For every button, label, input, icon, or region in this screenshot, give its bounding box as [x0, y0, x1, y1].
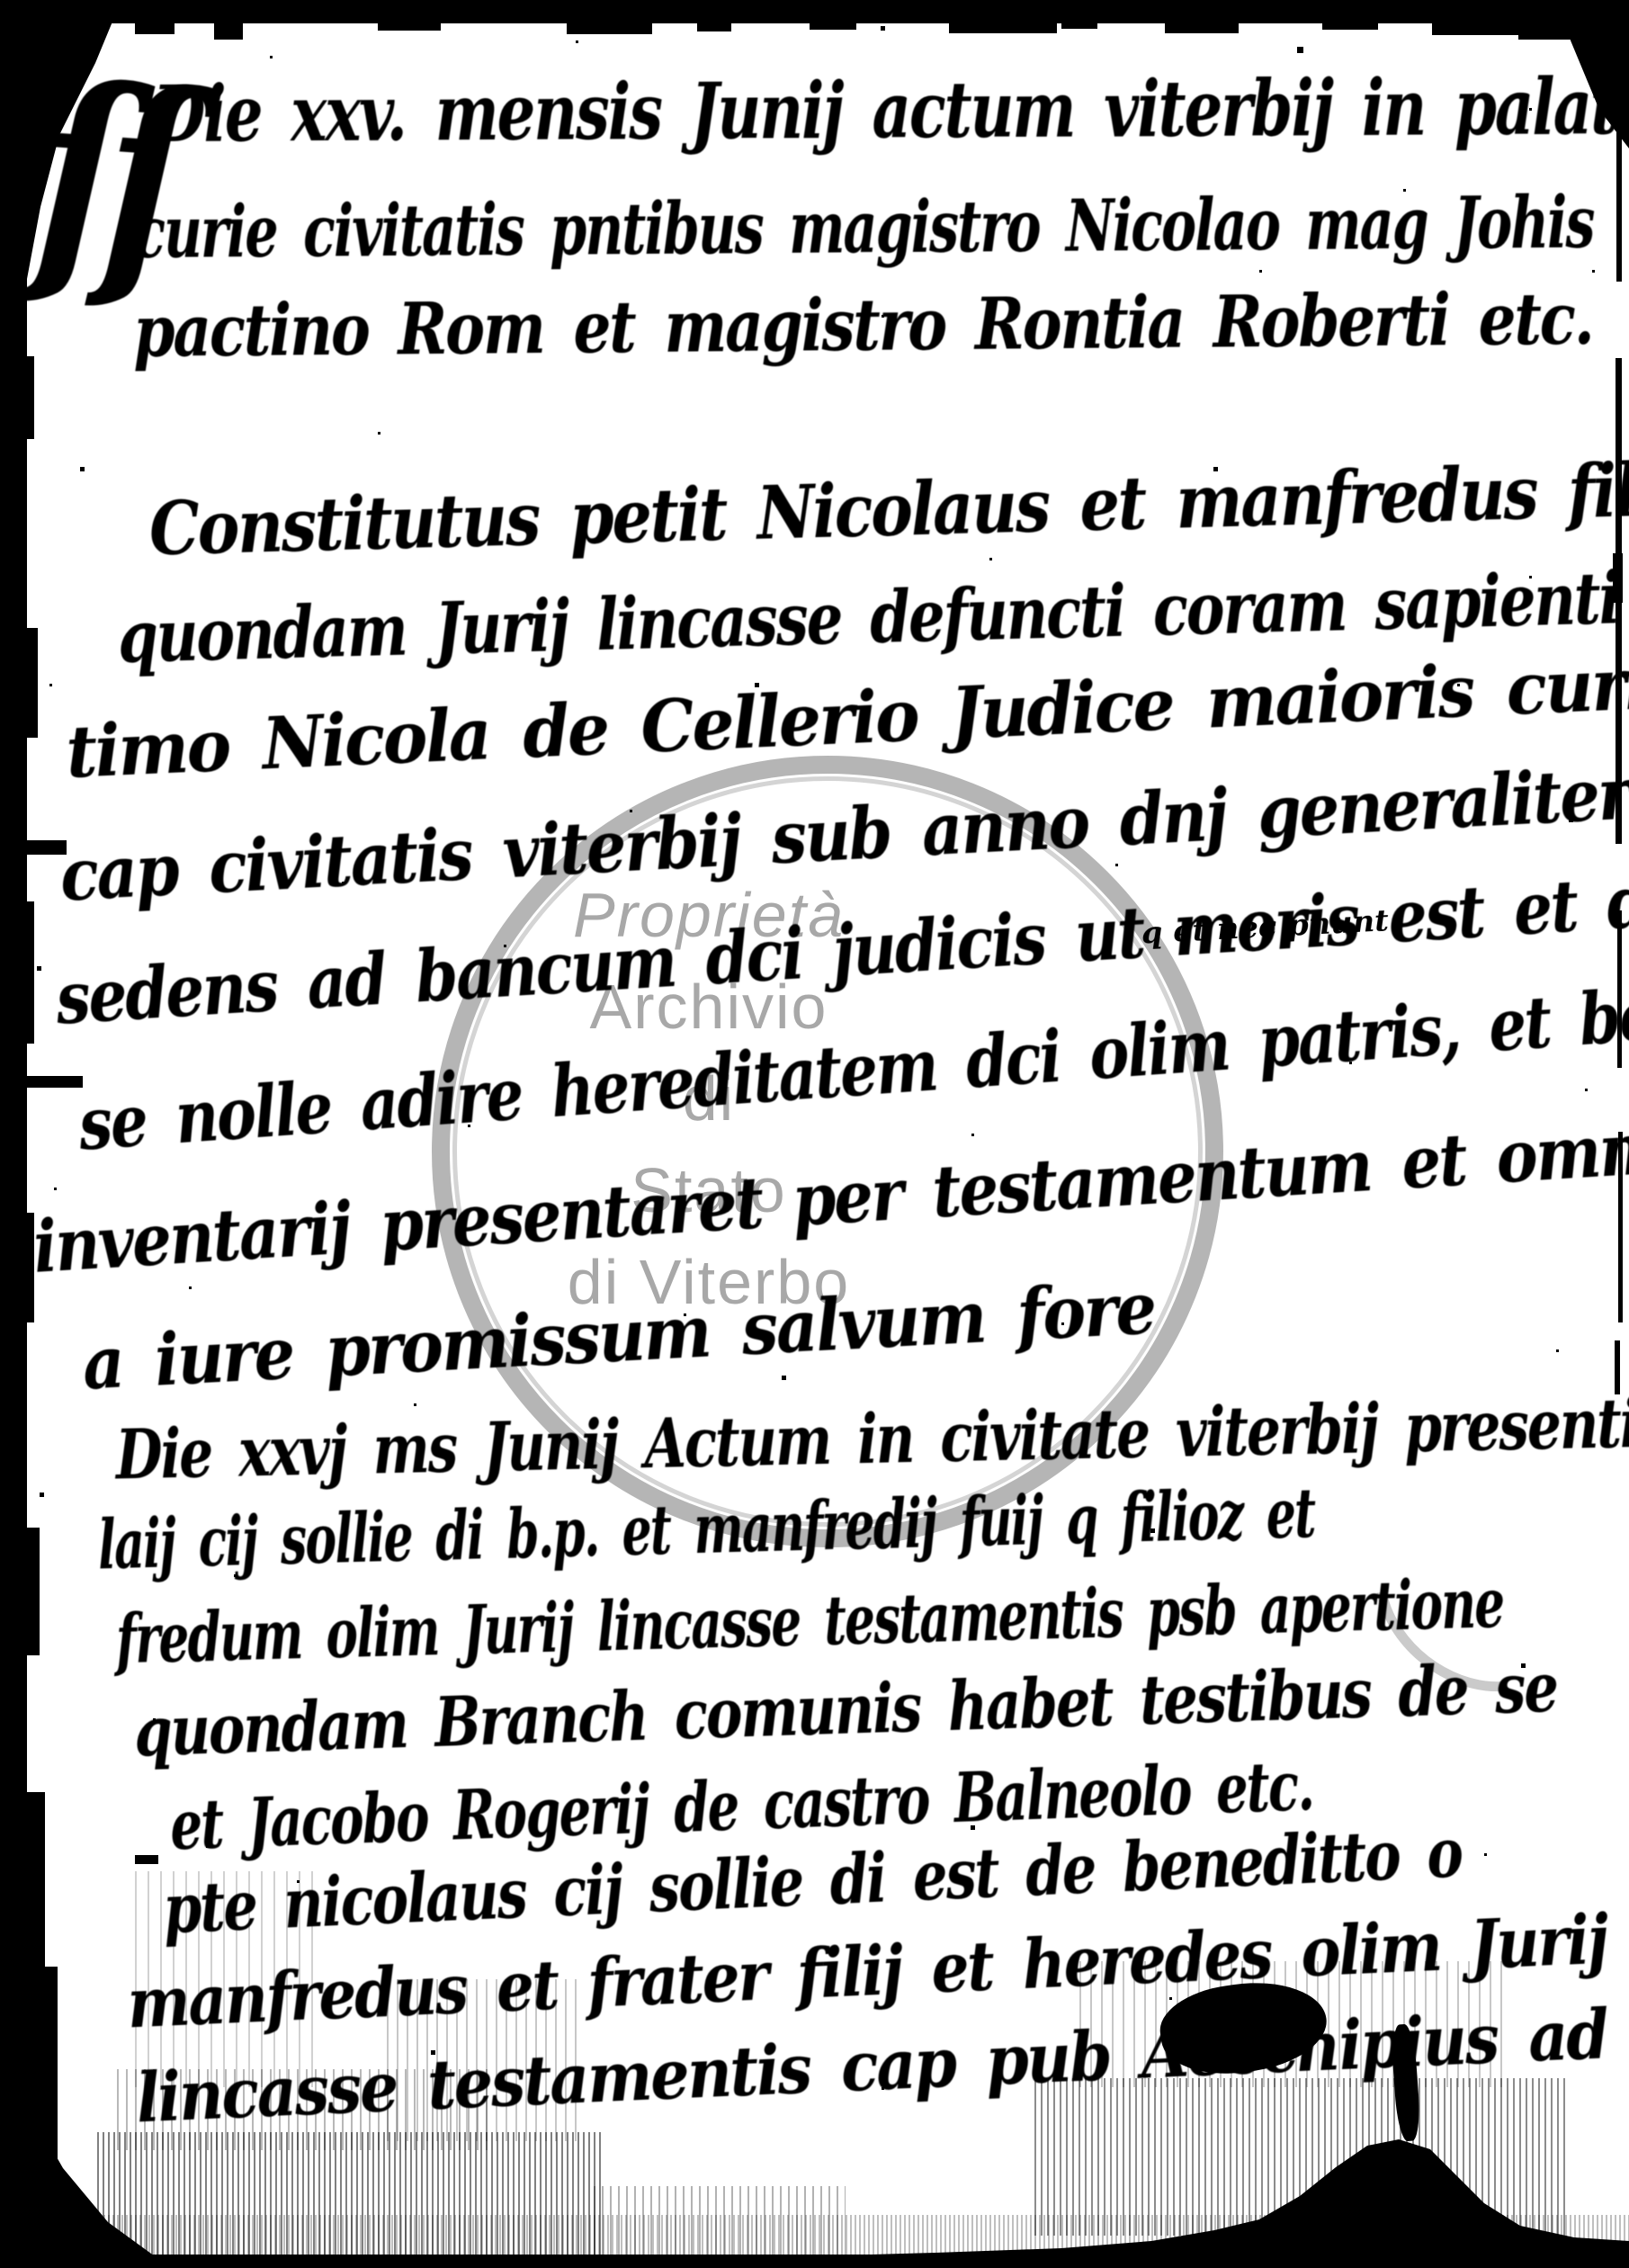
border-ragged-edge [27, 356, 34, 439]
border-ragged-edge [214, 22, 243, 40]
border-ragged-edge [697, 22, 731, 31]
border-ragged-edge [1322, 22, 1378, 30]
scan-border-left [0, 0, 27, 2268]
border-ragged-edge [1061, 22, 1097, 29]
border-ragged-edge [378, 22, 441, 31]
border-ragged-edge [27, 628, 38, 738]
margin-dash-mark [25, 1076, 83, 1088]
scan-border-top [0, 0, 1629, 23]
border-ragged-edge [1165, 20, 1239, 33]
scan-fold-line-right [1613, 553, 1623, 603]
scan-fold-line-right [1617, 910, 1622, 1068]
scan-streak-noise [1034, 2078, 1565, 2236]
border-ragged-edge [949, 22, 1057, 33]
scan-fold-line-right [1615, 1340, 1620, 1394]
scan-fold-line-right [1618, 1132, 1623, 1322]
manuscript-line: laij cij sollie di b.p. et manfredij fui… [97, 1480, 1315, 1580]
margin-dash-mark [135, 1855, 158, 1864]
manuscript-line: Die xxvj ms Junij Actum in civitate vite… [115, 1387, 1629, 1489]
border-ragged-edge [135, 22, 175, 34]
scan-streak-noise [0, 2215, 1629, 2258]
border-ragged-edge [27, 1528, 40, 1655]
scan-streak-noise [135, 1871, 315, 2087]
border-ragged-edge [27, 106, 36, 162]
scan-streak-noise [387, 1979, 585, 2141]
manuscript-scan-page: Proprietà Archivio di Stato di Viterbo ſ… [0, 0, 1629, 2268]
manuscript-line: Constitutus petit Nicolaus et manfredus … [148, 453, 1629, 566]
manuscript-line: Die xxv. mensis Junij actum viterbij in … [153, 69, 1629, 155]
border-ragged-edge [810, 22, 856, 30]
border-ragged-edge [25, 901, 34, 1044]
border-ragged-edge [27, 1792, 45, 1972]
manuscript-line: pactino Rom et magistro Rontia Roberti e… [133, 284, 1593, 368]
border-ragged-edge [27, 1213, 34, 1322]
border-ragged-edge [567, 18, 652, 34]
scan-fold-line-right [1616, 52, 1622, 282]
border-ragged-edge [1432, 18, 1535, 35]
margin-dash-mark [0, 840, 67, 855]
scan-streak-noise [1079, 1961, 1511, 2087]
manuscript-line: curie civitatis pntibus magistro Nicolao… [133, 188, 1594, 270]
